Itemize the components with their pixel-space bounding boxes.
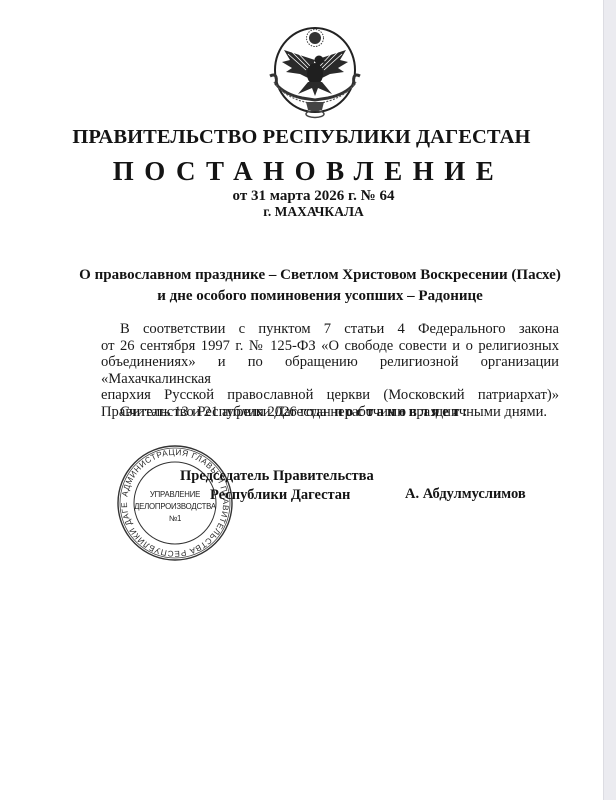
signatory-title-line-2: Республики Дагестан bbox=[180, 486, 374, 505]
government-title: ПРАВИТЕЛЬСТВО РЕСПУБЛИКИ ДАГЕСТАН bbox=[0, 126, 603, 149]
body-line-4: епархия Русской православной церкви (Мос… bbox=[101, 387, 559, 404]
body-line-2: от 26 сентября 1997 г. № 125-ФЗ «О свобо… bbox=[101, 338, 559, 355]
subject-line-1: О православном празднике – Светлом Христ… bbox=[40, 265, 600, 286]
body-line-3: объединениях» и по обращению религиозной… bbox=[101, 354, 559, 387]
signatory-name: А. Абдулмуслимов bbox=[405, 486, 526, 503]
document-page: ПРАВИТЕЛЬСТВО РЕСПУБЛИКИ ДАГЕСТАН ПОСТАН… bbox=[0, 0, 603, 800]
document-subject: О православном празднике – Светлом Христ… bbox=[40, 265, 600, 307]
subject-line-2: и дне особого поминовения усопших – Радо… bbox=[40, 286, 600, 307]
document-type: ПОСТАНОВЛЕНИЕ bbox=[0, 156, 603, 187]
document-date-number: от 31 марта 2026 г. № 64 bbox=[0, 188, 603, 205]
signatory-title-line-1: Председатель Правительства bbox=[180, 467, 374, 486]
body-line-1: В соответствии с пунктом 7 статьи 4 Феде… bbox=[101, 321, 559, 338]
document-city: г. МАХАЧКАЛА bbox=[0, 204, 603, 220]
coat-of-arms-emblem bbox=[262, 24, 368, 120]
stamp-line-3: №1 bbox=[115, 514, 235, 523]
viewer-scrollbar-gutter[interactable] bbox=[603, 0, 616, 800]
signatory-title: Председатель Правительства Республики Да… bbox=[180, 467, 374, 505]
decree-text: Считать 13 и 21 апреля 2026 года нерабоч… bbox=[120, 404, 547, 421]
